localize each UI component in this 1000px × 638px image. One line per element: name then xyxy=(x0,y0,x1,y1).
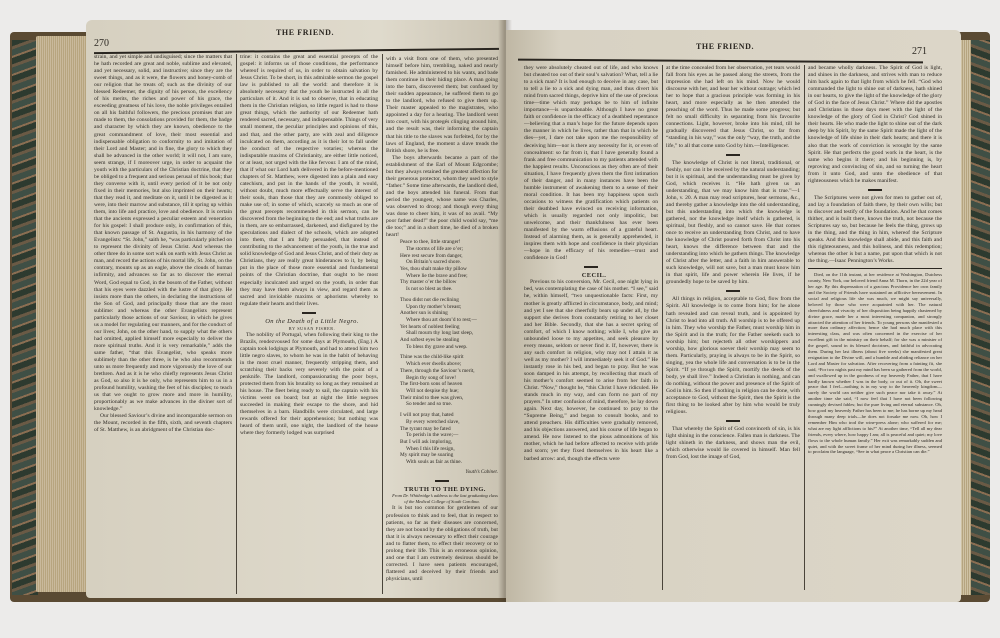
article-title: TRUTH TO THE DYING. xyxy=(386,486,498,493)
poem-line: But I will ask imploring, xyxy=(400,439,498,446)
poem-stanza: Peace to thee, little stranger! The stor… xyxy=(400,239,498,293)
column-divider xyxy=(804,65,805,590)
section-separator xyxy=(726,154,740,156)
section-separator xyxy=(726,420,740,422)
poem-line: There, through the Saviour’s merit, xyxy=(400,368,498,375)
poem-line: Here rest secure from danger, xyxy=(400,253,498,260)
marbled-board-right xyxy=(968,40,990,595)
poem-line: By every wretched slave, xyxy=(400,419,498,426)
poem-line: Upon thy mother’s breast; xyxy=(400,304,498,311)
poem-credit: Youth’s Cabinet. xyxy=(400,470,498,477)
poem-line: Their mind to thee was given, xyxy=(400,395,498,402)
poem-line: Thine was the child-like spirit xyxy=(400,354,498,361)
poem-line: Will not despise thy hue; xyxy=(400,388,498,395)
poem-line: To bless thy grave and weep. xyxy=(400,344,498,351)
paragraph: trine: it contains the great and essenti… xyxy=(240,54,378,308)
paragraph: strain, and yet simple and undisguised; … xyxy=(94,54,232,413)
poem-line: And softest eyes be stealing xyxy=(400,337,498,344)
poem-line: Thy master o’er the billow xyxy=(400,279,498,286)
paragraph: That whereby the Spirit of God convincet… xyxy=(666,426,800,461)
article-title: On the Death of a Little Negro. xyxy=(240,318,378,325)
section-separator xyxy=(302,312,316,314)
paragraph: All things in religion, acceptable to Go… xyxy=(666,296,800,416)
poem-line: Peace to thee, little stranger! xyxy=(400,239,498,246)
poem-stanza: I will not pray that, hated By every wre… xyxy=(400,412,498,466)
obituary: Died, on the 11th instant, at her reside… xyxy=(808,272,942,455)
poem-line: When I this life resign, xyxy=(400,446,498,453)
page-block-left xyxy=(36,36,92,592)
obituary-rule xyxy=(808,268,942,269)
paragraph: The knowledge of Christ is not literal, … xyxy=(666,160,800,287)
poem-stanza: Thou didst not die reclining Upon thy mo… xyxy=(400,297,498,351)
right-column-2: at the time concealed from her observati… xyxy=(666,65,800,590)
section-separator xyxy=(726,290,740,292)
left-column-2: trine: it contains the great and essenti… xyxy=(240,54,378,594)
article-title: CECIL. xyxy=(524,272,658,279)
poem-line: Yet hearts of noblest feeling xyxy=(400,324,498,331)
poem-line: Another sun is shining xyxy=(400,310,498,317)
poem-line: Which ever dwells above; xyxy=(400,361,498,368)
poem-line: Where thou art doom’d to rest;— xyxy=(400,317,498,324)
paragraph: Our blessed Saviour’s divine and incompa… xyxy=(94,413,232,434)
column-divider xyxy=(382,54,383,594)
right-column-1: they were absolutely cheated out of life… xyxy=(524,65,658,590)
article-byline: BY SUSAN FISHER. xyxy=(240,325,378,332)
poem-line: Is not so blest as thee. xyxy=(400,286,498,293)
left-page: THE FRIEND. 270 strain, and yet simple a… xyxy=(86,20,506,598)
page-number-left: 270 xyxy=(94,38,109,49)
paragraph: at the time concealed from her observati… xyxy=(666,65,800,150)
paragraph: It is but too common for gentlemen of ou… xyxy=(386,505,498,583)
poem-line: With souls as fair as thine. xyxy=(400,459,498,466)
running-head-right: THE FRIEND. xyxy=(696,42,754,51)
poem-stanza: Thine was the child-like spirit Which ev… xyxy=(400,354,498,408)
left-column-1: strain, and yet simple and undisguised; … xyxy=(94,54,232,594)
poem-line: Thou didst not die reclining xyxy=(400,297,498,304)
paragraph: Previous to his conversion, Mr. Cecil, o… xyxy=(524,279,658,462)
column-divider xyxy=(662,65,663,590)
paragraph: they were absolutely cheated out of life… xyxy=(524,65,658,262)
paragraph: The Scriptures were not given for men to… xyxy=(808,195,942,265)
poem-line: My spirit may be soaring xyxy=(400,452,498,459)
poem-line: To perish in the wave;— xyxy=(400,432,498,439)
page-number-right: 271 xyxy=(912,46,927,57)
section-separator xyxy=(584,266,598,268)
paragraph: and became wholly darkness. The Spirit o… xyxy=(808,65,942,185)
section-separator xyxy=(435,480,449,482)
poem-line: The first-born sons of heaven xyxy=(400,381,498,388)
poem-line: On Britain’s sacred shore. xyxy=(400,259,498,266)
header-rule xyxy=(518,59,923,64)
running-head-left: THE FRIEND. xyxy=(276,28,334,37)
poem: Peace to thee, little stranger! The stor… xyxy=(386,239,498,476)
poem-line: The storms of life are o’er; xyxy=(400,246,498,253)
right-page: THE FRIEND. 271 they were absolutely che… xyxy=(506,30,961,602)
paragraph: The nobility of Portugal, when following… xyxy=(240,332,378,438)
paragraph: with a visit from one of them, who prese… xyxy=(386,56,498,155)
poem-line: So tender and so true. xyxy=(400,401,498,408)
poem-line: I will not pray that, hated xyxy=(400,412,498,419)
poem-line: The tyrant may be fated xyxy=(400,426,498,433)
poem-line: Yes, thou shalt make thy pillow xyxy=(400,266,498,273)
paragraph: The boys afterwards became a part of the… xyxy=(386,155,498,240)
column-divider xyxy=(236,54,237,594)
marbled-board-left xyxy=(12,40,38,595)
right-column-3: and became wholly darkness. The Spirit o… xyxy=(808,65,942,590)
article-source-note: From Dr. Whitbridge’s address to the las… xyxy=(386,493,498,505)
left-column-3: with a visit from one of them, who prese… xyxy=(386,56,498,594)
section-separator xyxy=(868,189,882,191)
poem-line: Where lie the brave and free; xyxy=(400,273,498,280)
